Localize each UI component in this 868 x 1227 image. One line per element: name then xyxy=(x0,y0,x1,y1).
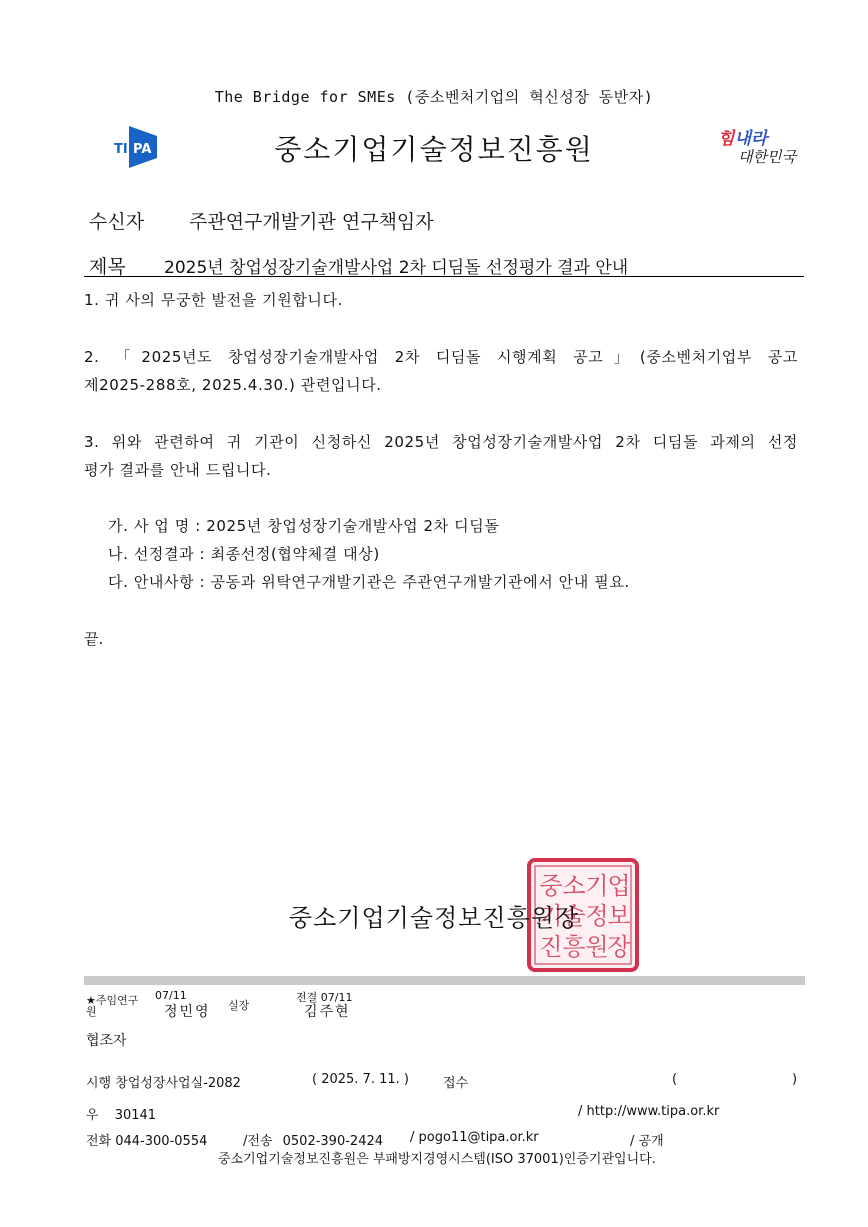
recipient-label: 수신자 xyxy=(89,207,189,234)
item-selection-result: 나. 선정결과 : 최종선정(협약체결 대상) xyxy=(108,543,380,564)
enforce-number: 창업성장사업실-2082 xyxy=(115,1076,241,1091)
phone-number: 044-300-0554 xyxy=(115,1134,207,1149)
paragraph-2-line-1: 2. 「2025년도 창업성장기술개발사업 2차 디딤돌 시행계획 공고」(중소… xyxy=(84,346,798,367)
paragraph-3-line-1: 3. 위와 관련하여 귀 기관이 신청하신 2025년 창업성장기술개발사업 2… xyxy=(84,431,798,452)
website-link[interactable]: / http://www.tipa.or.kr xyxy=(578,1104,719,1119)
paragraph-2-line-2: 제2025-288호, 2025.4.30.) 관련입니다. xyxy=(84,374,382,395)
recipient-row: 수신자주관연구개발기관 연구책임자 xyxy=(89,207,434,234)
final-approver-name: 김주현 xyxy=(304,1001,351,1021)
svg-text:중: 중 xyxy=(539,872,562,900)
svg-text:흥: 흥 xyxy=(562,933,585,961)
item-project-name: 가. 사 업 명 : 2025년 창업성장기술개발사업 2차 디딤돌 xyxy=(108,515,499,536)
svg-text:업: 업 xyxy=(607,872,630,900)
receive-label: 접수 xyxy=(443,1072,468,1091)
item-label: 다. 안내사항 : xyxy=(108,573,205,591)
phone-info: 전화 044-300-0554 xyxy=(86,1130,207,1149)
footer-divider-bar xyxy=(84,976,805,985)
receive-open-paren: ( xyxy=(672,1072,677,1087)
item-notice: 다. 안내사항 : 공동과 위탁연구개발기관은 주관연구개발기관에서 안내 필요… xyxy=(108,571,630,592)
item-label: 나. 선정결과 : xyxy=(108,545,205,563)
cheer-korea-logo: 힘내라 대한민국 xyxy=(716,124,800,170)
receive-close-paren: ) xyxy=(792,1072,797,1087)
drafter-role-cont: 원 xyxy=(86,1003,97,1019)
svg-text:장: 장 xyxy=(607,933,631,961)
signature-title: 중소기업기술정보진흥원장 xyxy=(0,898,868,933)
certification-notice: 중소기업기술정보진흥원은 부패방지경영시스템(ISO 37001)인증기관입니다… xyxy=(218,1148,656,1167)
enforce-date: ( 2025. 7. 11. ) xyxy=(312,1072,409,1087)
postal-code: 30141 xyxy=(115,1108,156,1123)
fax-info: /전송 0502-390-2424 xyxy=(243,1130,383,1149)
enforce-label: 시행 xyxy=(86,1076,111,1091)
fax-label: /전송 xyxy=(243,1134,273,1149)
svg-text:원: 원 xyxy=(585,933,608,961)
recipient-value: 주관연구개발기관 연구책임자 xyxy=(189,211,434,233)
disclosure-status: / 공개 xyxy=(630,1130,664,1149)
postal-label: 우 xyxy=(86,1108,99,1123)
item-value: 2025년 창업성장기술개발사업 2차 디딤돌 xyxy=(206,517,499,535)
item-value: 최종선정(협약체결 대상) xyxy=(211,545,380,563)
manager-role: 실장 xyxy=(228,997,249,1013)
subject-row: 제목2025년 창업성장기술개발사업 2차 디딤돌 선정평가 결과 안내 xyxy=(89,252,628,279)
paragraph-1: 1. 귀 사의 무궁한 발전을 기원합니다. xyxy=(84,289,343,310)
drafter-name: 정민영 xyxy=(164,1001,211,1021)
subject-value: 2025년 창업성장기술개발사업 2차 디딤돌 선정평가 결과 안내 xyxy=(164,258,628,278)
item-value: 공동과 위탁연구개발기관은 주관연구개발기관에서 안내 필요. xyxy=(211,573,630,591)
postal-info: 우 30141 xyxy=(86,1104,156,1123)
cooperator-label: 협조자 xyxy=(86,1030,127,1050)
logo-text-black: 대한민국 xyxy=(738,146,796,167)
subject-divider xyxy=(84,276,804,277)
subject-label: 제목 xyxy=(89,252,164,279)
phone-label: 전화 xyxy=(86,1134,111,1149)
org-slogan: The Bridge for SMEs (중소벤처기업의 혁신성장 동반자) xyxy=(0,86,868,107)
svg-text:진: 진 xyxy=(539,933,562,961)
paragraph-3-line-2: 평가 결과를 안내 드립니다. xyxy=(84,459,271,480)
end-mark: 끝. xyxy=(84,628,103,649)
svg-text:기: 기 xyxy=(585,872,608,900)
item-label: 가. 사 업 명 : xyxy=(108,517,201,535)
enforcement-info: 시행 창업성장사업실-2082 xyxy=(86,1072,241,1091)
svg-text:소: 소 xyxy=(562,872,585,900)
email-link[interactable]: / pogo11@tipa.or.kr xyxy=(410,1130,539,1145)
fax-number: 0502-390-2424 xyxy=(283,1134,383,1149)
